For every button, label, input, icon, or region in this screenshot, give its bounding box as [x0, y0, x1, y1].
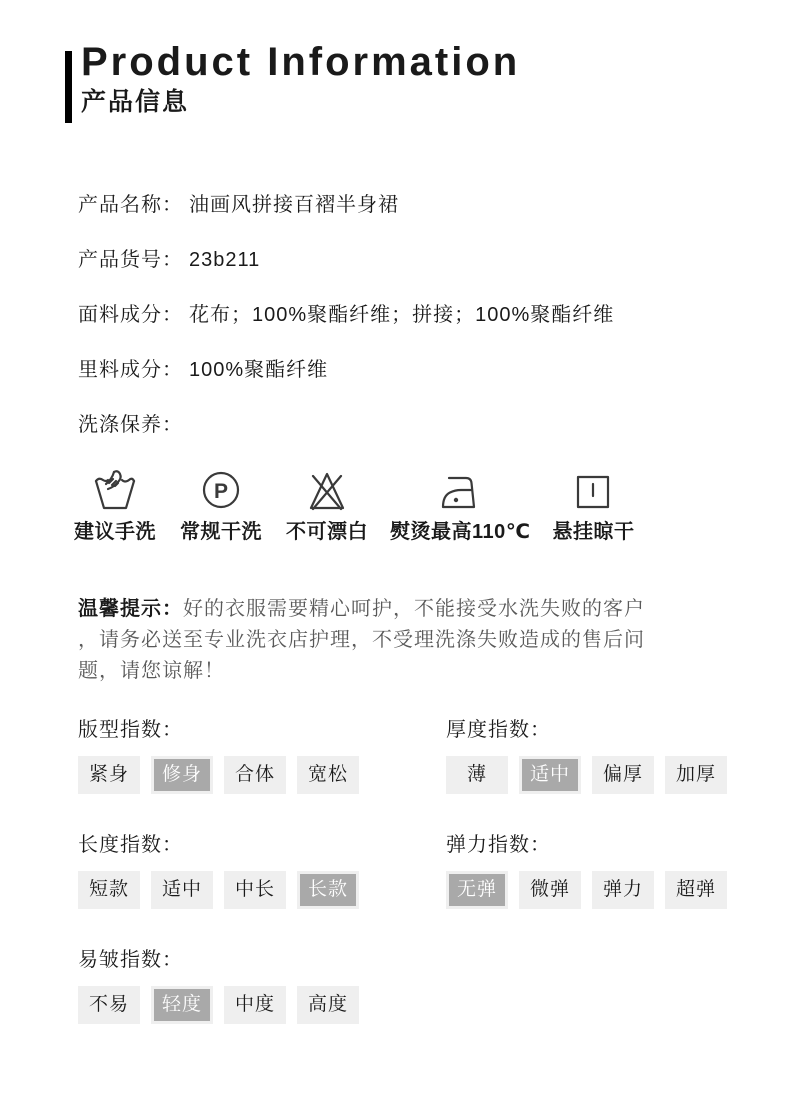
- svg-text:P: P: [214, 480, 228, 503]
- product-info-list: 产品名称：油画风拼接百褶半身裙 产品货号：23b211 面料成分：花布；100%…: [78, 192, 790, 438]
- chip-option: 短款: [78, 871, 140, 909]
- index-group-thickness: 厚度指数： 薄 适中 偏厚 加厚: [446, 717, 790, 794]
- title-block: Product Information 产品信息: [81, 42, 520, 123]
- iron-icon: [436, 467, 484, 511]
- index-group-title: 版型指数：: [78, 717, 446, 743]
- chip-option: 修身: [151, 756, 213, 794]
- index-group-title: 厚度指数：: [446, 717, 790, 743]
- chip-option: 合体: [224, 756, 286, 794]
- info-value: 100%聚酯纤维: [189, 359, 328, 381]
- care-item-hand-wash: 建议手洗: [72, 467, 158, 544]
- hang-dry-icon: [569, 467, 617, 511]
- chip-option: 超弹: [665, 871, 727, 909]
- info-label: 洗涤保养：: [78, 414, 183, 436]
- chip-option: 适中: [151, 871, 213, 909]
- chip-row: 无弹 微弹 弹力 超弹: [446, 871, 790, 909]
- page-title-en: Product Information: [81, 42, 520, 82]
- info-row-fabric: 面料成分：花布；100%聚酯纤维；拼接；100%聚酯纤维: [78, 302, 790, 328]
- info-row-lining: 里料成分：100%聚酯纤维: [78, 357, 790, 383]
- index-group-title: 长度指数：: [78, 832, 446, 858]
- chip-option: 高度: [297, 986, 359, 1024]
- chip-option: 紧身: [78, 756, 140, 794]
- care-item-hang-dry: 悬挂晾干: [550, 467, 636, 544]
- info-value: 油画风拼接百褶半身裙: [189, 194, 399, 216]
- chip-option: 长款: [297, 871, 359, 909]
- chip-row: 薄 适中 偏厚 加厚: [446, 756, 790, 794]
- info-row-item-number: 产品货号：23b211: [78, 247, 790, 273]
- info-value: 花布；100%聚酯纤维；拼接；100%聚酯纤维: [189, 304, 614, 326]
- info-value: 23b211: [189, 249, 260, 271]
- index-groups: 版型指数： 紧身 修身 合体 宽松 厚度指数： 薄 适中 偏厚 加厚 长度指数：…: [78, 717, 790, 1024]
- info-row-washing: 洗涤保养：: [78, 412, 790, 438]
- chip-option: 中度: [224, 986, 286, 1024]
- info-row-product-name: 产品名称：油画风拼接百褶半身裙: [78, 192, 790, 218]
- page-title-zh: 产品信息: [81, 89, 520, 115]
- chip-option: 弹力: [592, 871, 654, 909]
- info-label: 面料成分：: [78, 304, 183, 326]
- no-bleach-icon: [303, 467, 351, 511]
- chip-option: 适中: [519, 756, 581, 794]
- care-label: 熨烫最高110℃: [390, 520, 530, 544]
- info-label: 里料成分：: [78, 359, 183, 381]
- info-label: 产品货号：: [78, 249, 183, 271]
- chip-option: 薄: [446, 756, 508, 794]
- care-label: 建议手洗: [74, 520, 156, 544]
- chip-option: 偏厚: [592, 756, 654, 794]
- tip-label: 温馨提示：: [78, 598, 183, 620]
- hand-wash-icon: [91, 467, 139, 511]
- care-icons-row: 建议手洗 P 常规干洗 不可漂白 熨烫最高110℃ 悬挂晾干: [72, 467, 790, 544]
- chip-option: 中长: [224, 871, 286, 909]
- chip-option: 微弹: [519, 871, 581, 909]
- index-group-fit: 版型指数： 紧身 修身 合体 宽松: [78, 717, 446, 794]
- chip-option: 加厚: [665, 756, 727, 794]
- care-item-iron: 熨烫最高110℃: [390, 467, 530, 544]
- chip-option: 宽松: [297, 756, 359, 794]
- chip-option: 轻度: [151, 986, 213, 1024]
- chip-row: 短款 适中 中长 长款: [78, 871, 446, 909]
- care-tip: 温馨提示：好的衣服需要精心呵护，不能接受水洗失败的客户 ，请务必送至专业洗衣店护…: [78, 594, 723, 687]
- page-header: Product Information 产品信息: [65, 42, 790, 123]
- chip-row: 不易 轻度 中度 高度: [78, 986, 446, 1024]
- care-item-no-bleach: 不可漂白: [284, 467, 370, 544]
- chip-row: 紧身 修身 合体 宽松: [78, 756, 446, 794]
- title-accent-bar: [65, 51, 72, 123]
- care-label: 常规干洗: [180, 520, 262, 544]
- care-label: 悬挂晾干: [552, 520, 634, 544]
- index-group-wrinkle: 易皱指数： 不易 轻度 中度 高度: [78, 947, 446, 1024]
- care-label: 不可漂白: [286, 520, 368, 544]
- index-group-length: 长度指数： 短款 适中 中长 长款: [78, 832, 446, 909]
- index-group-elasticity: 弹力指数： 无弹 微弹 弹力 超弹: [446, 832, 790, 909]
- chip-option: 无弹: [446, 871, 508, 909]
- index-group-title: 易皱指数：: [78, 947, 446, 973]
- chip-option: 不易: [78, 986, 140, 1024]
- index-group-title: 弹力指数：: [446, 832, 790, 858]
- info-label: 产品名称：: [78, 194, 183, 216]
- care-item-dry-clean: P 常规干洗: [178, 467, 264, 544]
- dry-clean-icon: P: [197, 467, 245, 511]
